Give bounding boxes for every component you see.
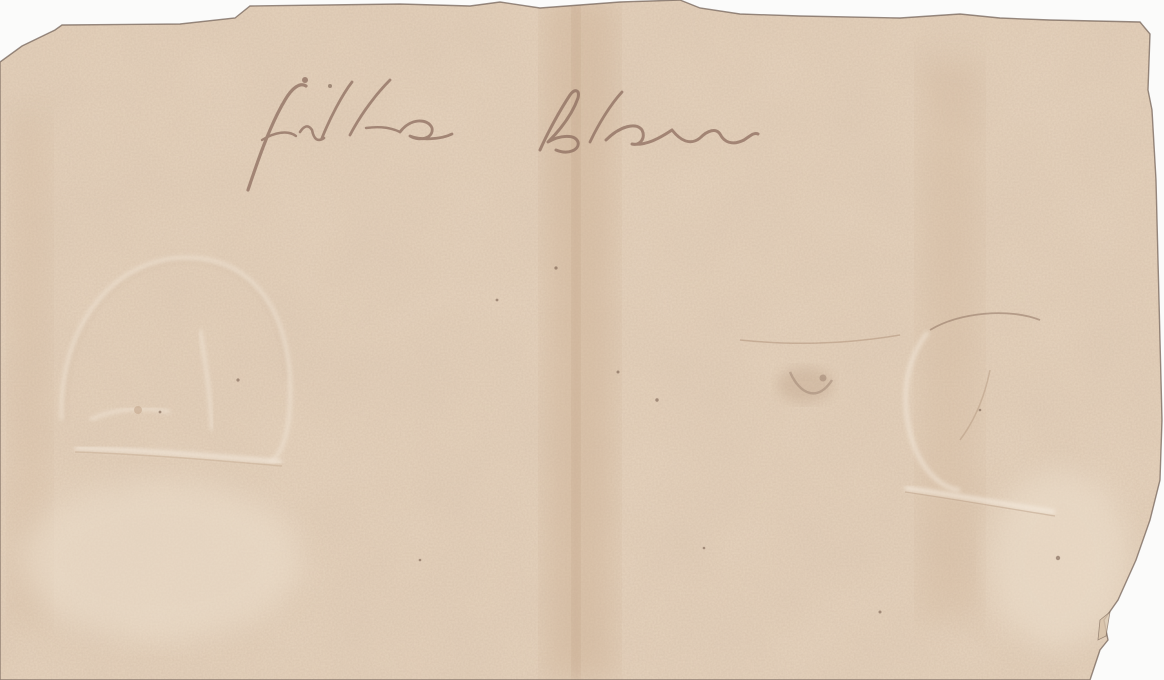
handwritten-note: fille bleue — [250, 95, 488, 164]
document-photo: fille bleue — [0, 0, 1164, 680]
fold-crease — [545, 0, 615, 680]
paper-fragment — [0, 0, 1164, 680]
